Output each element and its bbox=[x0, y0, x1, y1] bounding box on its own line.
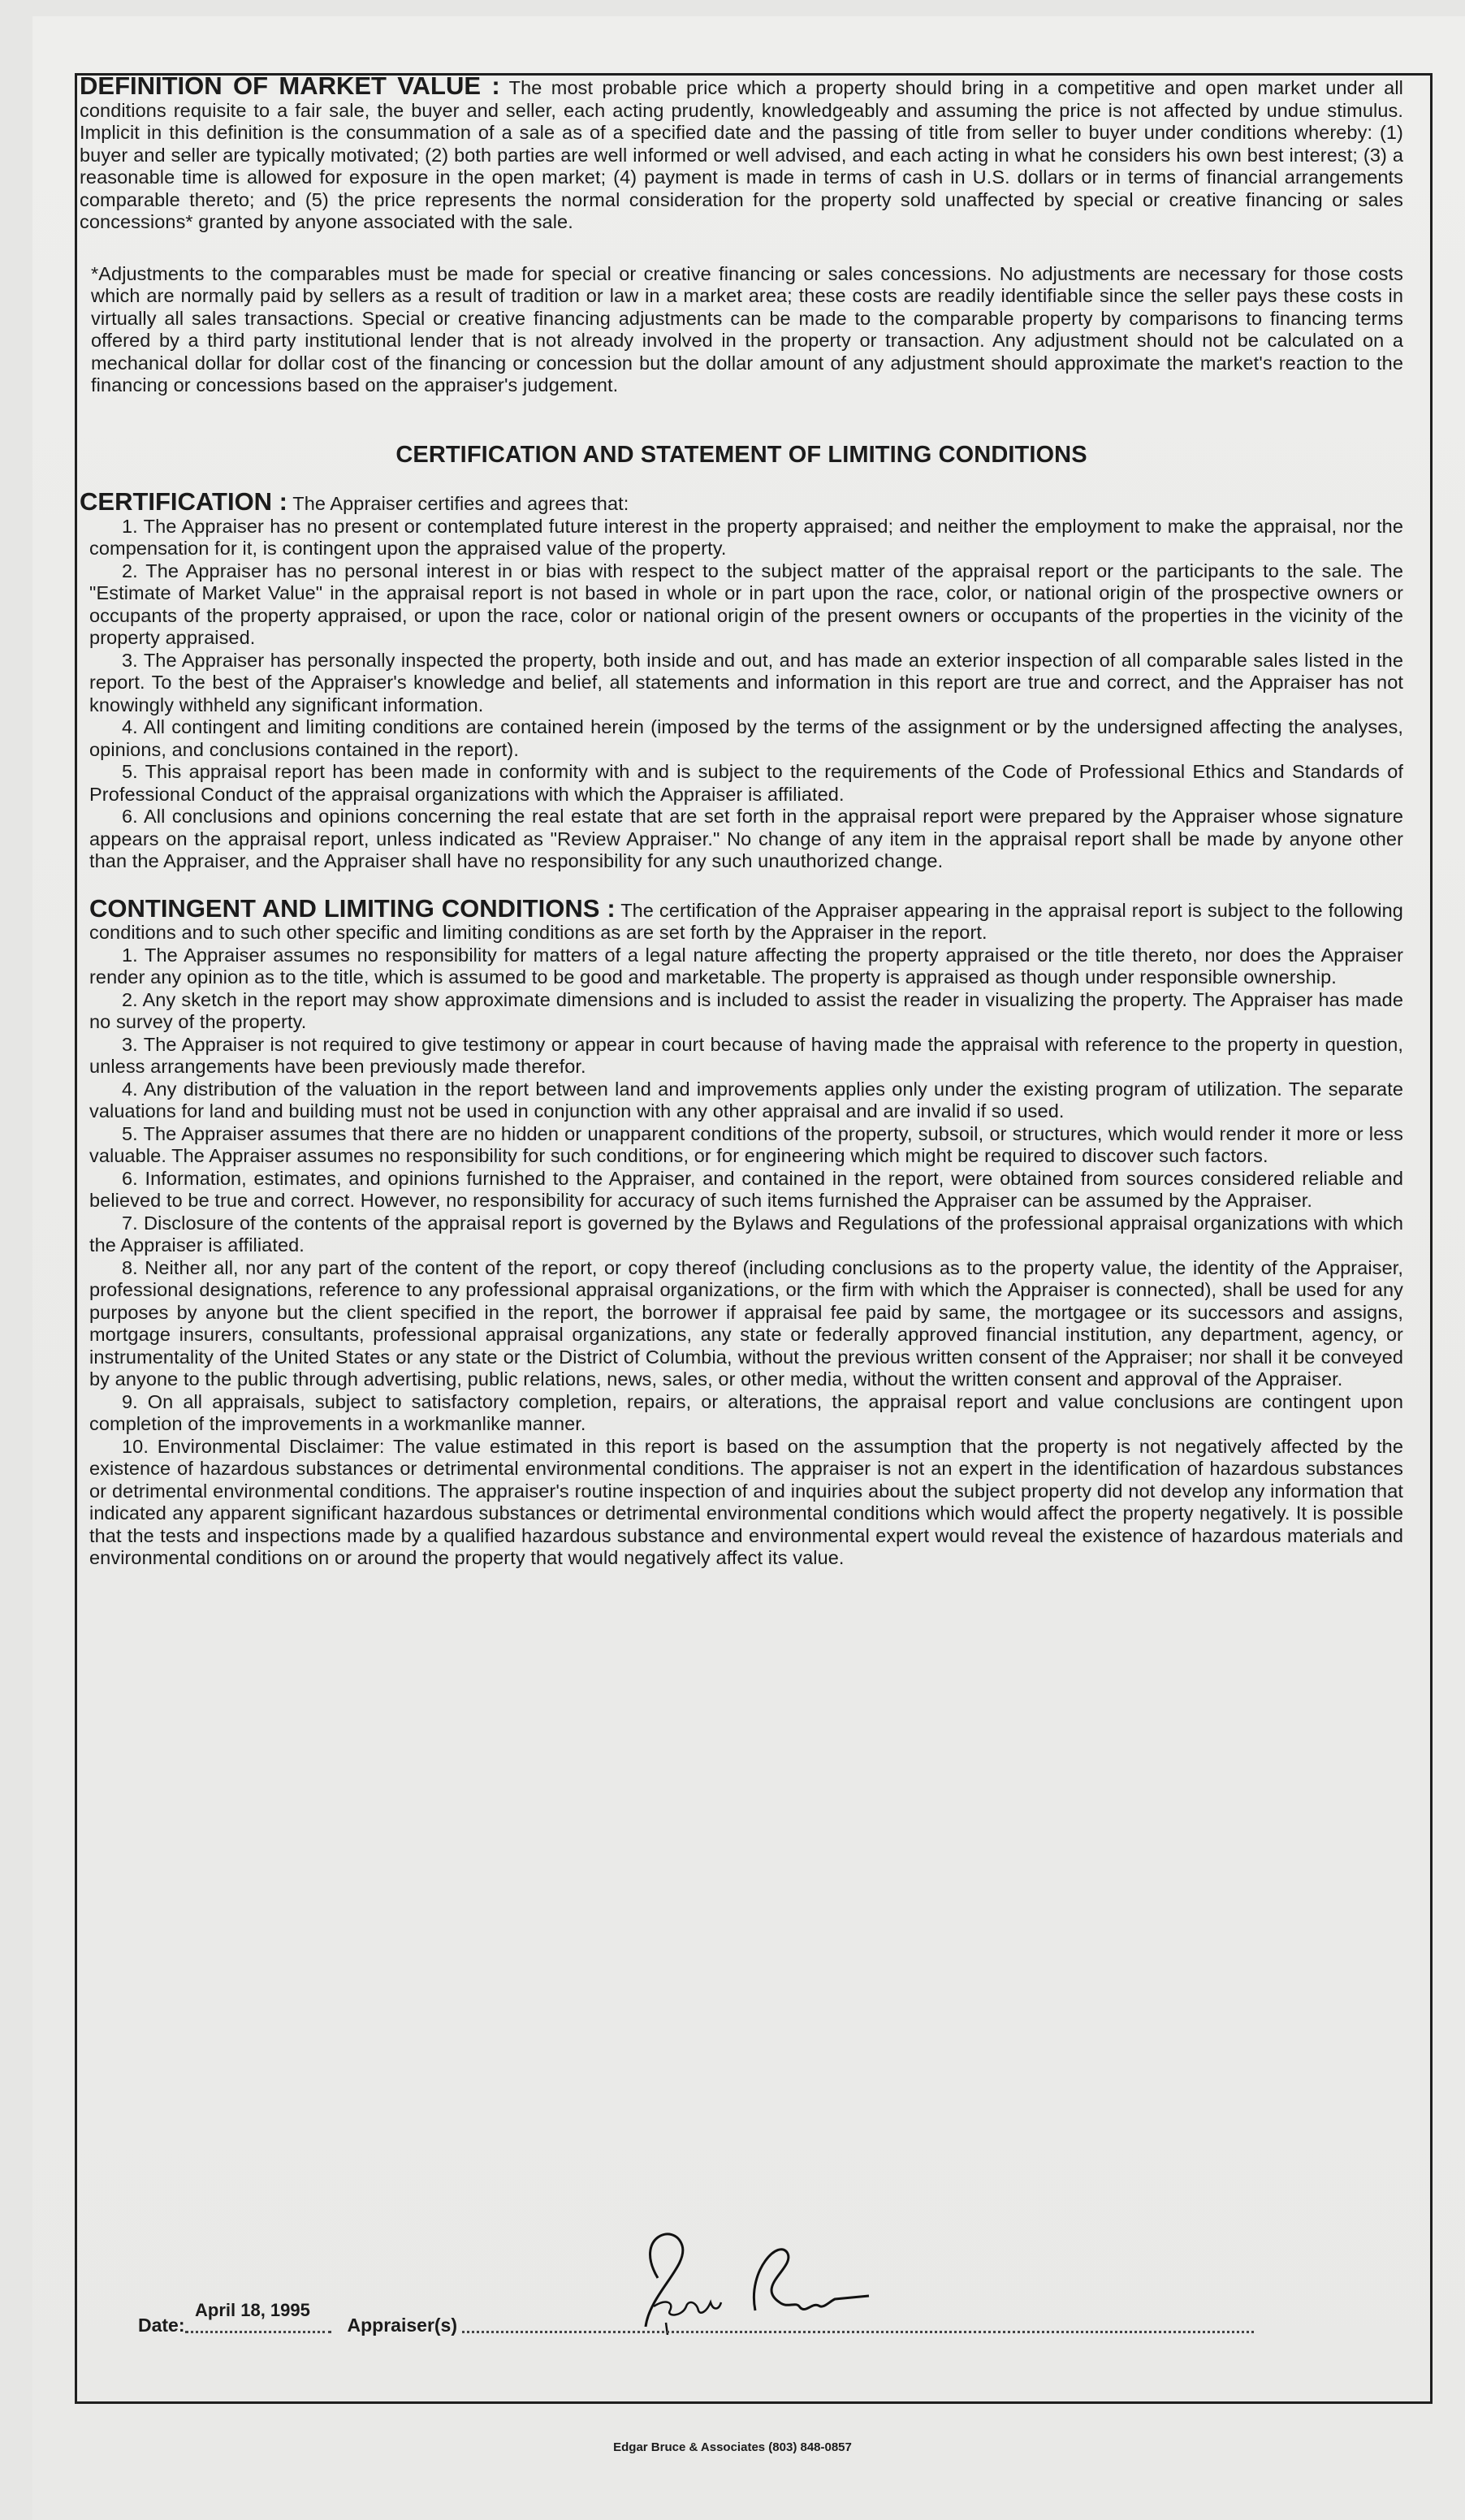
date-value: April 18, 1995 bbox=[195, 2300, 310, 2321]
appraiser-label: Appraiser(s) bbox=[348, 2315, 457, 2336]
definition-text: The most probable price which a property… bbox=[80, 77, 1403, 232]
definition-title: DEFINITION OF MARKET VALUE : bbox=[80, 71, 500, 100]
condition-item: 5. The Appraiser assumes that there are … bbox=[89, 1123, 1403, 1168]
certification-item: 4. All contingent and limiting condition… bbox=[89, 716, 1403, 761]
conditions-section: CONTINGENT AND LIMITING CONDITIONS : The… bbox=[80, 897, 1403, 1570]
condition-item: 7. Disclosure of the contents of the app… bbox=[89, 1212, 1403, 1257]
condition-item: 8. Neither all, nor any part of the cont… bbox=[89, 1257, 1403, 1391]
document-body: DEFINITION OF MARKET VALUE : The most pr… bbox=[80, 75, 1403, 1594]
condition-item: 3. The Appraiser is not required to give… bbox=[89, 1034, 1403, 1078]
certification-item: 3. The Appraiser has personally inspecte… bbox=[89, 650, 1403, 717]
conditions-wrapper: CONTINGENT AND LIMITING CONDITIONS : The… bbox=[80, 897, 1403, 1570]
certification-section: CERTIFICATION : The Appraiser certifies … bbox=[80, 491, 1403, 873]
condition-item: 1. The Appraiser assumes no responsibili… bbox=[89, 944, 1403, 989]
definition-section: DEFINITION OF MARKET VALUE : The most pr… bbox=[80, 75, 1403, 234]
appraiser-dotted-line bbox=[462, 2330, 1254, 2333]
certification-item: 2. The Appraiser has no personal interes… bbox=[89, 560, 1403, 650]
footer-company: Edgar Bruce & Associates (803) 848-0857 bbox=[0, 2440, 1465, 2454]
certification-title: CERTIFICATION : bbox=[80, 487, 287, 516]
certification-intro: CERTIFICATION : The Appraiser certifies … bbox=[80, 491, 1403, 516]
date-label: Date: bbox=[138, 2315, 185, 2336]
condition-item: 6. Information, estimates, and opinions … bbox=[89, 1168, 1403, 1212]
certification-item: 5. This appraisal report has been made i… bbox=[89, 761, 1403, 806]
date-dotted-line bbox=[185, 2330, 331, 2333]
condition-item: 2. Any sketch in the report may show app… bbox=[89, 989, 1403, 1034]
conditions-intro: CONTINGENT AND LIMITING CONDITIONS : The… bbox=[89, 897, 1403, 944]
section-title: CERTIFICATION AND STATEMENT OF LIMITING … bbox=[80, 444, 1403, 467]
adjustments-footnote: *Adjustments to the comparables must be … bbox=[80, 263, 1403, 397]
condition-item: 9. On all appraisals, subject to satisfa… bbox=[89, 1391, 1403, 1436]
footnote-text: *Adjustments to the comparables must be … bbox=[80, 263, 1403, 397]
conditions-title: CONTINGENT AND LIMITING CONDITIONS : bbox=[89, 894, 616, 923]
condition-item: 10. Environmental Disclaimer: The value … bbox=[89, 1436, 1403, 1570]
certification-intro-text: The Appraiser certifies and agrees that: bbox=[292, 493, 629, 514]
certification-item: 6. All conclusions and opinions concerni… bbox=[89, 806, 1403, 873]
condition-item: 4. Any distribution of the valuation in … bbox=[89, 1078, 1403, 1123]
definition-paragraph: DEFINITION OF MARKET VALUE : The most pr… bbox=[80, 75, 1403, 234]
signature-line: Date: Appraiser(s) bbox=[138, 2315, 1405, 2336]
certification-item: 1. The Appraiser has no present or conte… bbox=[89, 516, 1403, 560]
certification-list: 1. The Appraiser has no present or conte… bbox=[80, 516, 1403, 873]
